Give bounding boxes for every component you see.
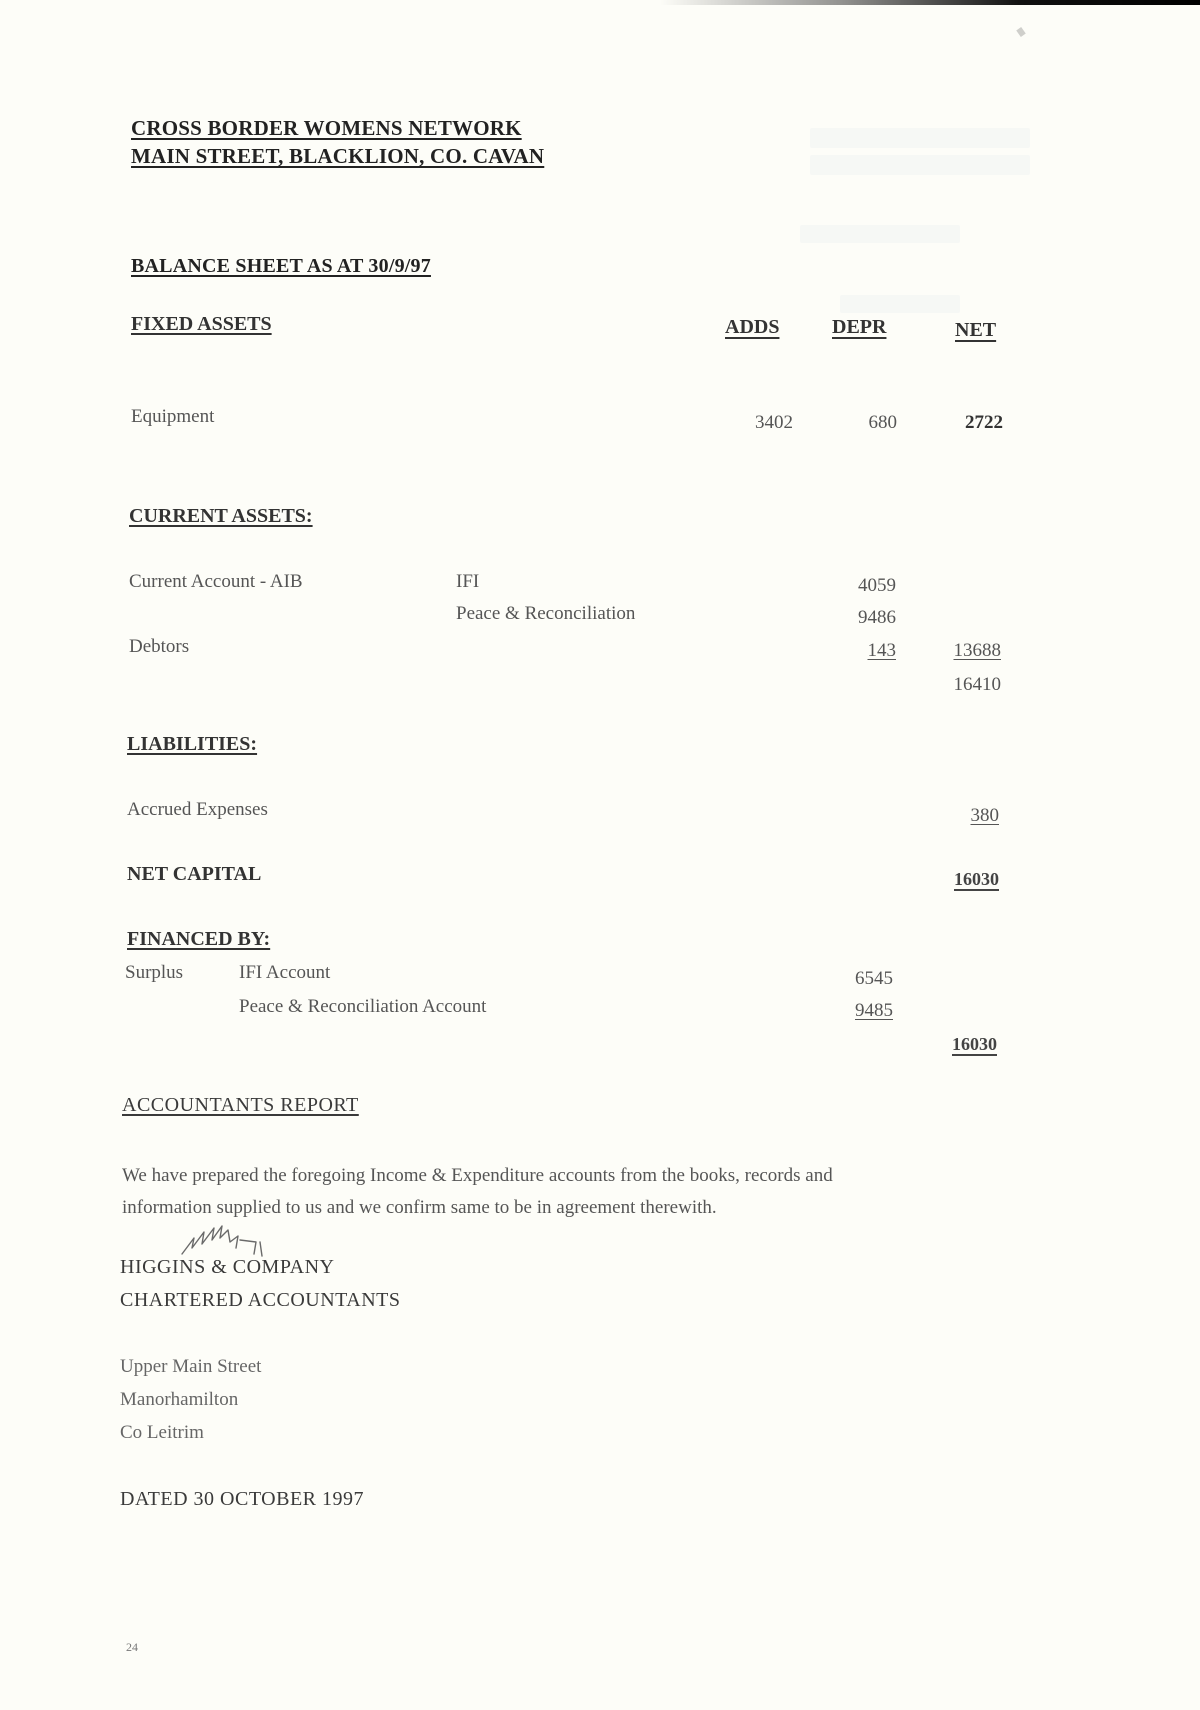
column-header-adds: ADDS: [725, 316, 779, 339]
bleed-through: [810, 128, 1030, 148]
row-sublabel: IFI: [456, 571, 479, 593]
report-line-1: We have prepared the foregoing Income & …: [122, 1160, 1002, 1192]
document-title: BALANCE SHEET AS AT 30/9/97: [131, 255, 431, 278]
address-line-1: Upper Main Street: [120, 1356, 261, 1378]
bleed-through: [840, 295, 960, 313]
accountants-report-heading: ACCOUNTANTS REPORT: [122, 1094, 359, 1117]
net-value: 2722: [903, 412, 1003, 434]
adds-value: 3402: [693, 412, 793, 434]
row-amount: 6545: [793, 968, 893, 990]
row-amount: 143: [796, 640, 896, 662]
row-label: IFI Account: [239, 962, 330, 984]
row-amount: 380: [899, 805, 999, 827]
column-header-net: NET: [955, 319, 996, 342]
financed-by-total: 16030: [897, 1034, 997, 1055]
net-capital-value: 16030: [954, 869, 999, 889]
surplus-label: Surplus: [125, 962, 183, 984]
row-amount: 4059: [796, 575, 896, 597]
financed-by-heading: FINANCED BY:: [127, 928, 270, 951]
firm-name: HIGGINS & COMPANY: [120, 1256, 334, 1279]
firm-title: CHARTERED ACCOUNTANTS: [120, 1289, 401, 1312]
row-amount-value: 380: [971, 805, 1000, 826]
row-label: Peace & Reconciliation Account: [239, 996, 486, 1018]
signature-mark: [178, 1220, 288, 1260]
liabilities-heading: LIABILITIES:: [127, 733, 257, 756]
row-amount: 9486: [796, 607, 896, 629]
row-label: Equipment: [131, 406, 214, 428]
bleed-through: [810, 155, 1030, 175]
row-sublabel: Peace & Reconciliation: [456, 603, 635, 625]
net-capital-label: NET CAPITAL: [127, 863, 261, 886]
row-label: Current Account - AIB: [129, 571, 303, 593]
row-amount-value: 9485: [855, 1000, 893, 1021]
column-header-depr: DEPR: [832, 316, 886, 339]
organization-address: MAIN STREET, BLACKLION, CO. CAVAN: [131, 144, 544, 169]
address-line-2: Manorhamilton: [120, 1389, 238, 1411]
depr-value: 680: [797, 412, 897, 434]
net-capital-amount: 16030: [899, 869, 999, 890]
row-total: 13688: [901, 640, 1001, 662]
address-line-3: Co Leitrim: [120, 1422, 204, 1444]
row-amount-value: 143: [868, 640, 897, 661]
dated-line: DATED 30 OCTOBER 1997: [120, 1488, 364, 1511]
fixed-assets-heading: FIXED ASSETS: [131, 313, 272, 336]
row-total-value: 13688: [954, 640, 1002, 661]
scan-edge-shadow: [0, 0, 1200, 5]
organization-name: CROSS BORDER WOMENS NETWORK: [131, 116, 522, 141]
financed-by-total-value: 16030: [952, 1034, 997, 1054]
page-number: 24: [126, 1640, 138, 1655]
bleed-through: [800, 225, 960, 243]
row-amount: 9485: [793, 1000, 893, 1022]
row-label: Accrued Expenses: [127, 799, 268, 821]
current-assets-running-total: 16410: [901, 674, 1001, 696]
row-label: Debtors: [129, 636, 189, 658]
report-paragraph: We have prepared the foregoing Income & …: [122, 1160, 1002, 1224]
scan-speck: [1016, 27, 1026, 37]
current-assets-heading: CURRENT ASSETS:: [129, 505, 313, 528]
